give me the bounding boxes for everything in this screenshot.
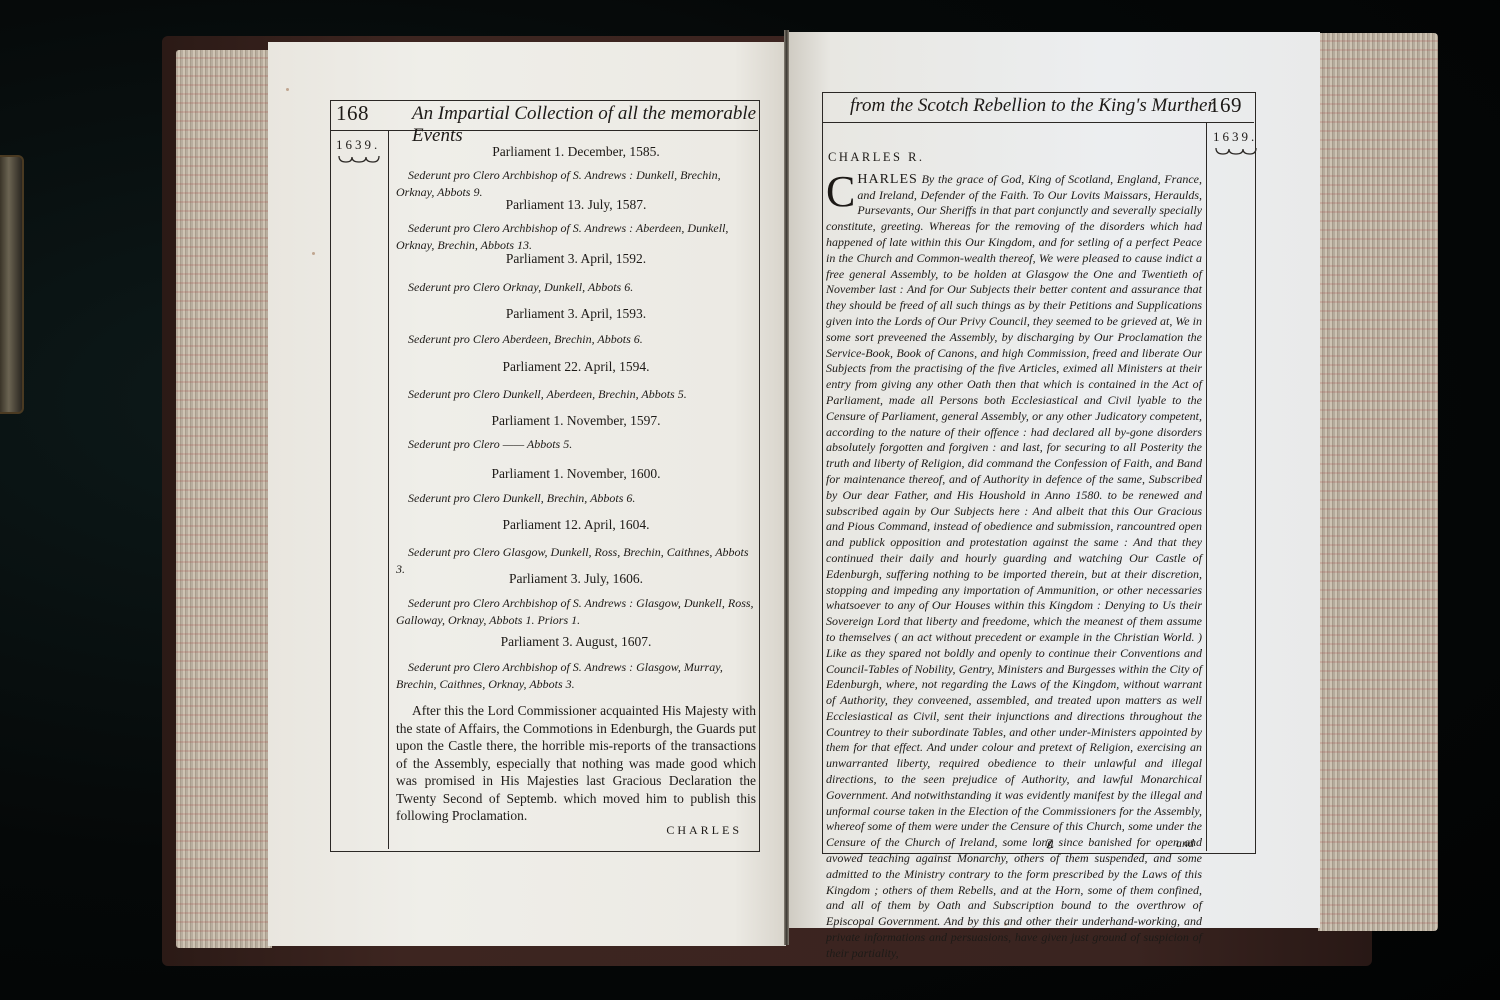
parliament-entry: Parliament 13. July, 1587.	[396, 196, 756, 213]
parliament-entry: Parliament 1. November, 1597.	[396, 412, 756, 429]
running-head: An Impartial Collection of all the memor…	[412, 103, 758, 147]
closing-paragraph: After this the Lord Commissioner acquain…	[396, 702, 756, 825]
running-head: from the Scotch Rebellion to the King's …	[850, 95, 1217, 117]
proclamation-signer: CHARLES R.	[828, 150, 1202, 166]
parliament-entry: Parliament 1. December, 1585.	[396, 143, 756, 160]
page-number: 169	[1209, 93, 1242, 118]
sederunt-entry: Sederunt pro Clero Archbishop of S. Andr…	[396, 659, 756, 693]
adjacent-book-spine	[0, 155, 24, 414]
sederunt-entry: Sederunt pro Clero —— Abbots 5.	[396, 436, 756, 453]
left-page-block-edge	[176, 50, 272, 948]
parliament-entry: Parliament 22. April, 1594.	[396, 358, 756, 375]
parliament-entry: Parliament 3. August, 1607.	[396, 633, 756, 650]
left-page-header: 168 An Impartial Collection of all the m…	[330, 100, 758, 131]
signature-mark: Z	[1046, 836, 1054, 852]
proclamation-body: By the grace of God, King of Scotland, E…	[826, 172, 1202, 960]
right-page-body: CHARLES R. CHARLES By the grace of God, …	[826, 150, 1202, 962]
brace-ornament-icon	[1215, 146, 1257, 156]
catchword: and	[1176, 836, 1194, 851]
sederunt-entry: Sederunt pro Clero Archbishop of S. Andr…	[396, 220, 756, 254]
proclamation-lead: HARLES	[857, 172, 917, 187]
drop-cap: C	[826, 174, 855, 210]
parliament-entry: Parliament 3. April, 1593.	[396, 305, 756, 322]
foxing-spot	[286, 88, 289, 91]
parliament-entry: Parliament 3. April, 1592.	[396, 250, 756, 267]
parliament-entry: Parliament 3. July, 1606.	[396, 570, 756, 587]
right-margin-column: 1639.	[1206, 123, 1255, 851]
foxing-spot	[312, 252, 315, 255]
parliament-entry: Parliament 1. November, 1600.	[396, 465, 756, 482]
margin-year: 1639.	[1213, 129, 1257, 145]
catchword: CHARLES	[666, 822, 742, 839]
sederunt-entry: Sederunt pro Clero Dunkell, Brechin, Abb…	[396, 490, 756, 507]
parliament-entry: Parliament 12. April, 1604.	[396, 516, 756, 533]
sederunt-entry: Sederunt pro Clero Aberdeen, Brechin, Ab…	[396, 331, 756, 348]
sederunt-entry: Sederunt pro Clero Dunkell, Aberdeen, Br…	[396, 386, 756, 403]
left-margin-column: 1639.	[330, 131, 389, 849]
sederunt-entry: Sederunt pro Clero Orknay, Dunkell, Abbo…	[396, 279, 756, 296]
proclamation-text: CHARLES By the grace of God, King of Sco…	[826, 172, 1202, 962]
right-page-block-edge	[1318, 33, 1438, 931]
book-gutter	[784, 30, 789, 945]
brace-ornament-icon	[338, 154, 380, 164]
sederunt-entry: Sederunt pro Clero Archbishop of S. Andr…	[396, 595, 756, 629]
page-number: 168	[336, 101, 369, 126]
right-page-header: from the Scotch Rebellion to the King's …	[822, 92, 1254, 123]
margin-year: 1639.	[336, 137, 380, 153]
